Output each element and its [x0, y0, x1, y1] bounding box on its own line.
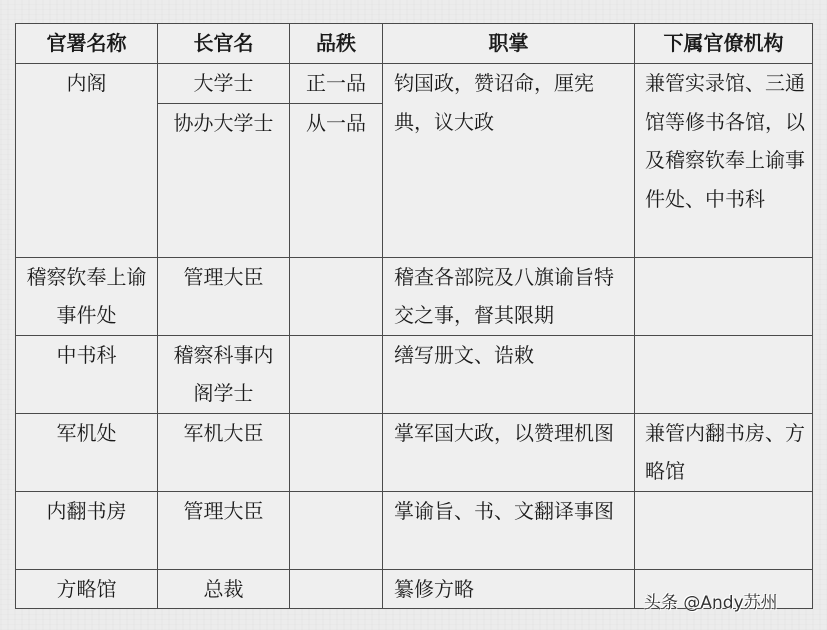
- cell-duties: 缮写册文、诰敕: [383, 335, 635, 413]
- table-row: 内翻书房 管理大臣 掌谕旨、书、文翻译事图: [16, 491, 813, 569]
- cell-subordinates: [635, 335, 813, 413]
- watermark-text: 头条 @Andy苏州: [644, 588, 778, 613]
- cell-duties: 稽查各部院及八旗谕旨特交之事，督其限期: [383, 257, 635, 335]
- cell-chief: 管理大臣: [158, 491, 290, 569]
- header-rank: 品秩: [290, 24, 383, 64]
- cell-office: 稽察钦奉上谕事件处: [16, 257, 158, 335]
- cell-rank: [290, 335, 383, 413]
- cell-office: 中书科: [16, 335, 158, 413]
- cell-office: 方略馆: [16, 569, 158, 609]
- cell-chief: 管理大臣: [158, 257, 290, 335]
- cell-subordinates: [635, 257, 813, 335]
- cell-office: 内阁: [16, 64, 158, 258]
- cell-rank: [290, 491, 383, 569]
- cell-chief: 军机大臣: [158, 413, 290, 491]
- cell-subordinates: [635, 491, 813, 569]
- cell-duties: 钧国政，赞诏命，厘宪典，议大政: [383, 64, 635, 258]
- cell-duties: 掌谕旨、书、文翻译事图: [383, 491, 635, 569]
- table-row: 军机处 军机大臣 掌军国大政，以赞理机图 兼管内翻书房、方略馆: [16, 413, 813, 491]
- cell-chief: 总裁: [158, 569, 290, 609]
- header-subordinates: 下属官僚机构: [635, 24, 813, 64]
- table-row: 稽察钦奉上谕事件处 管理大臣 稽查各部院及八旗谕旨特交之事，督其限期: [16, 257, 813, 335]
- header-chief: 长官名: [158, 24, 290, 64]
- table-row: 内阁 大学士 正一品 钧国政，赞诏命，厘宪典，议大政 兼管实录馆、三通馆等修书各…: [16, 64, 813, 104]
- cell-office: 内翻书房: [16, 491, 158, 569]
- document-page: 官署名称 长官名 品秩 职掌 下属官僚机构 内阁 大学士 正一品 钧国政，赞诏命…: [0, 0, 827, 630]
- cell-subordinates: 兼管实录馆、三通馆等修书各馆，以及稽察钦奉上谕事件处、中书科: [635, 64, 813, 258]
- table-row: 中书科 稽察科事内阁学士 缮写册文、诰敕: [16, 335, 813, 413]
- cell-subordinates: 兼管内翻书房、方略馆: [635, 413, 813, 491]
- cell-rank: 正一品: [290, 64, 383, 104]
- cell-rank: [290, 413, 383, 491]
- cell-rank: [290, 569, 383, 609]
- qing-offices-table: 官署名称 长官名 品秩 职掌 下属官僚机构 内阁 大学士 正一品 钧国政，赞诏命…: [15, 23, 813, 609]
- cell-duties: 掌军国大政，以赞理机图: [383, 413, 635, 491]
- cell-rank: 从一品: [290, 103, 383, 257]
- header-duties: 职掌: [383, 24, 635, 64]
- cell-rank: [290, 257, 383, 335]
- table-header-row: 官署名称 长官名 品秩 职掌 下属官僚机构: [16, 24, 813, 64]
- cell-office: 军机处: [16, 413, 158, 491]
- cell-chief: 协办大学士: [158, 103, 290, 257]
- cell-duties: 纂修方略: [383, 569, 635, 609]
- cell-chief: 大学士: [158, 64, 290, 104]
- cell-chief: 稽察科事内阁学士: [158, 335, 290, 413]
- header-office: 官署名称: [16, 24, 158, 64]
